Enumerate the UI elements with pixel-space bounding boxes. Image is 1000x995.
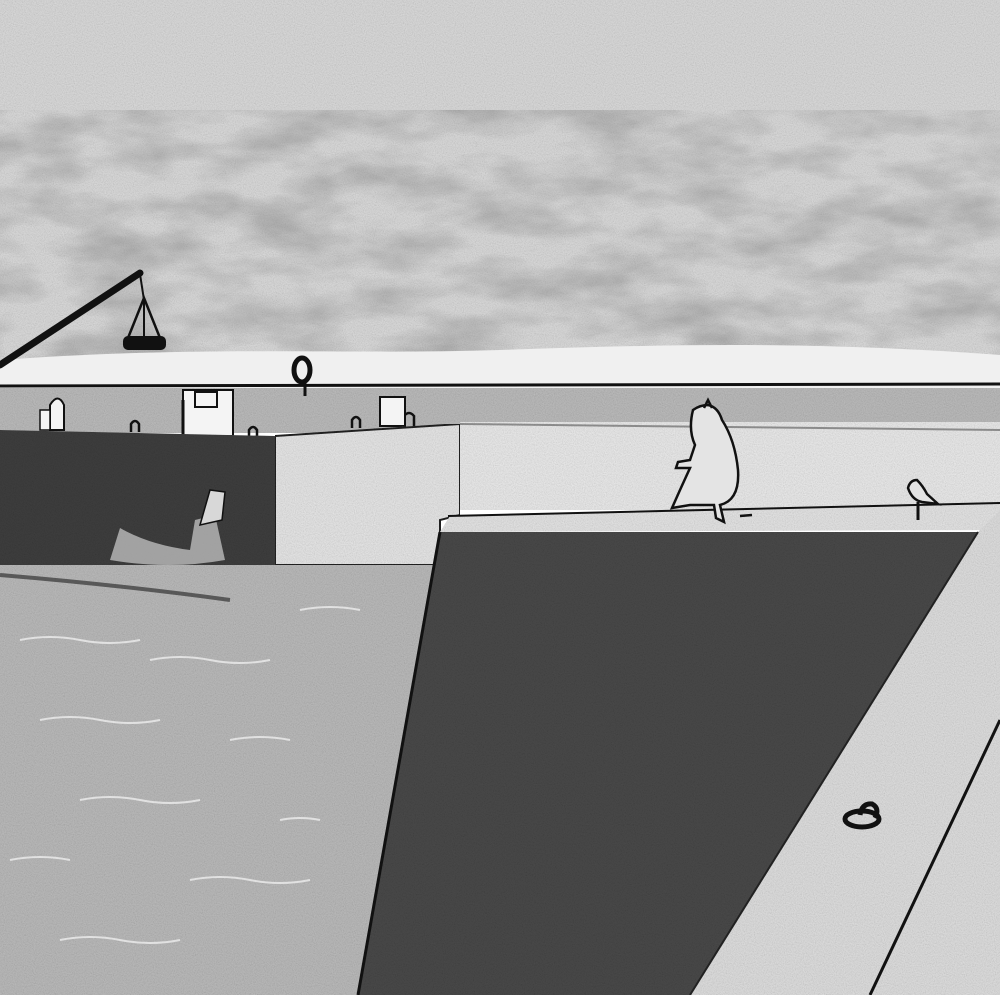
distant-hut xyxy=(380,397,405,426)
white-pier-block xyxy=(275,424,460,565)
boat-cabin xyxy=(183,390,233,436)
dock-figure xyxy=(50,399,64,431)
horizon-line xyxy=(0,384,1000,386)
harbour-etching xyxy=(0,0,1000,995)
sky-clouds xyxy=(0,110,1000,360)
